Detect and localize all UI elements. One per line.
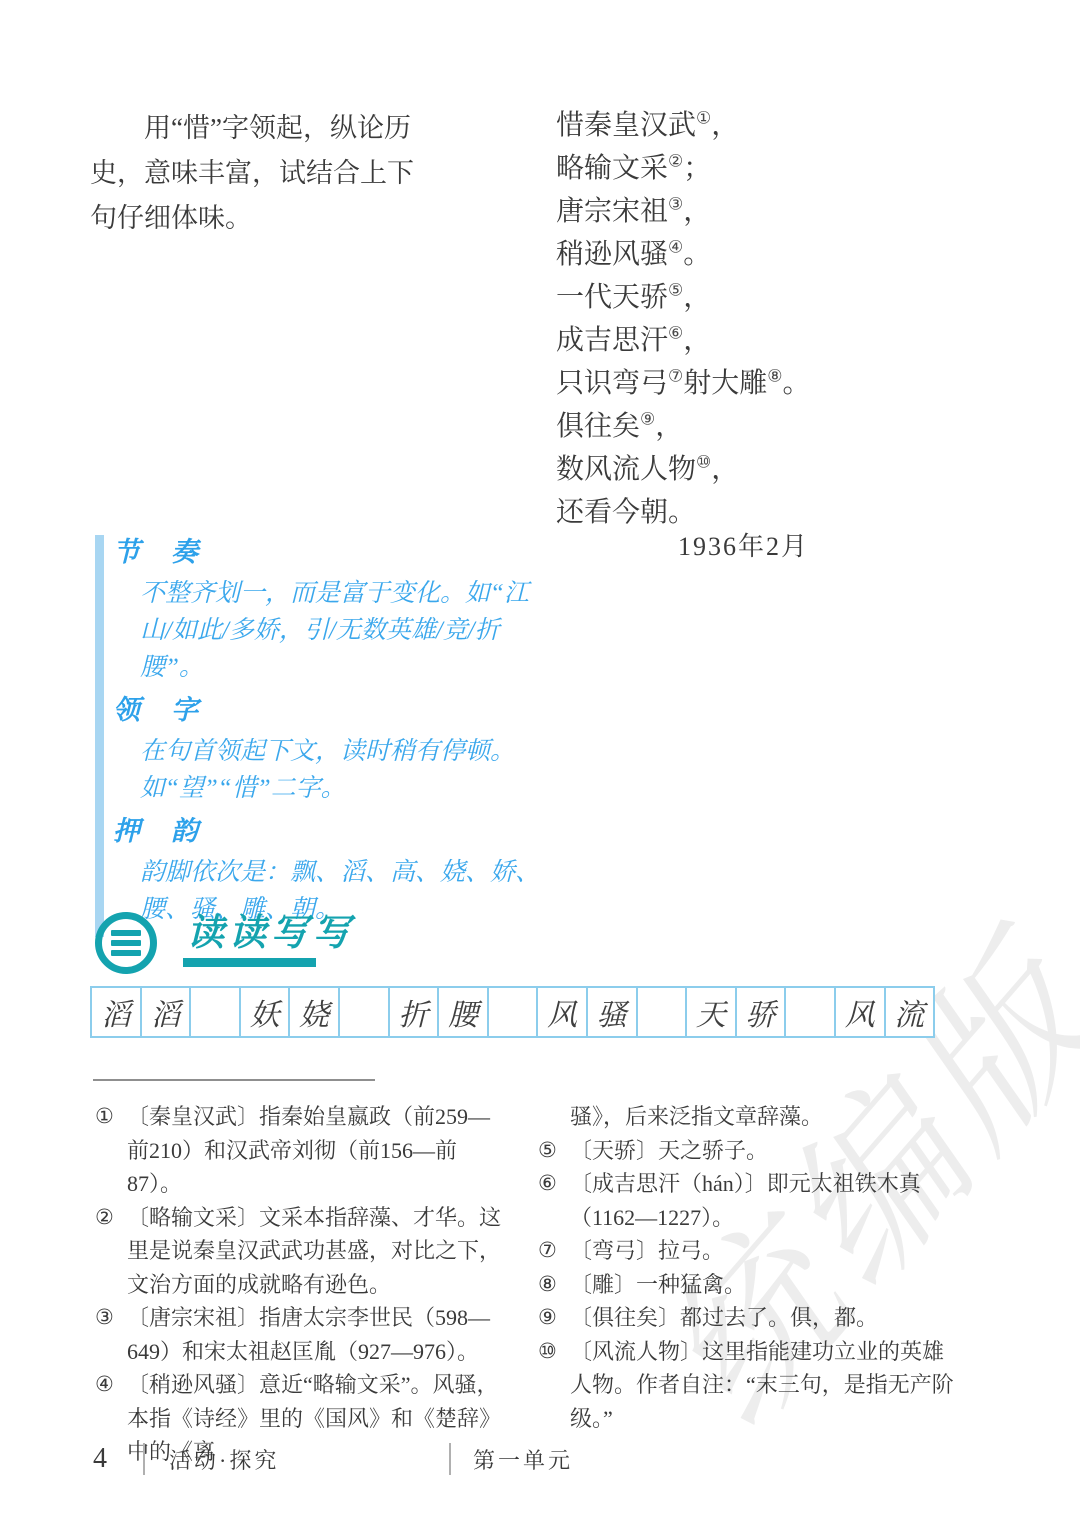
grid-cell: 腰 xyxy=(439,988,489,1036)
poem-text: ， xyxy=(655,411,683,442)
character-writing-grid: 滔 滔 妖 娆 折 腰 风 骚 天 骄 风 流 xyxy=(90,986,935,1038)
note-section-leading-char: 领 字 在句首领起下文，读时稍有停顿。如“望”“惜”二字。 xyxy=(113,695,540,807)
footnote-text: 〔雕〕一种猛禽。 xyxy=(570,1272,746,1297)
footnote: ⑦〔弯弓〕拉弓。 xyxy=(538,1234,956,1268)
poem-text: 。 xyxy=(783,368,811,399)
footnote-ref: ④ xyxy=(668,238,683,258)
read-write-section-header: 读读写写 xyxy=(95,912,355,974)
footnote-number: ⑧ xyxy=(538,1268,557,1302)
note-section-rhythm: 节 奏 不整齐划一，而是富于变化。如“江山/如此/多娇，引/无数英雄/竞/折腰”… xyxy=(113,537,540,686)
poem-text: ， xyxy=(683,325,711,356)
footnote-ref: ⑦ xyxy=(668,367,683,387)
footnote: ⑤〔天骄〕天之骄子。 xyxy=(538,1134,956,1168)
grid-cell xyxy=(340,988,390,1036)
poem-text: ； xyxy=(683,153,711,184)
footer-unit-label: 第一单元 xyxy=(473,1444,573,1475)
grid-cell: 天 xyxy=(687,988,737,1036)
margin-note: 用“惜”字领起，纵论历史，意味丰富，试结合上下句仔细体味。 xyxy=(90,106,420,241)
footnote-number: ③ xyxy=(95,1301,114,1335)
grid-cell: 滔 xyxy=(92,988,142,1036)
note-section-body: 在句首领起下文，读时稍有停顿。如“望”“惜”二字。 xyxy=(140,733,540,807)
footnote-ref: ⑨ xyxy=(640,410,655,430)
poem-line: 略输文采②； xyxy=(556,147,811,190)
poem-text: ， xyxy=(711,110,739,141)
poem-text: 数风流人物 xyxy=(556,454,696,485)
footnote: ②〔略输文采〕文采本指辞藻、才华。这里是说秦皇汉武武功甚盛，对比之下，文治方面的… xyxy=(95,1201,503,1302)
footnote-text: 〔弯弓〕拉弓。 xyxy=(570,1238,724,1263)
footnote-ref: ① xyxy=(696,109,711,129)
page-number: 4 xyxy=(93,1443,143,1475)
footnote-ref: ⑩ xyxy=(696,453,711,473)
footnote-text: 〔唐宗宋祖〕指唐太宗李世民（598—649）和宋太祖赵匡胤（927—976）。 xyxy=(127,1305,490,1364)
footnote-text: 〔天骄〕天之骄子。 xyxy=(570,1138,768,1163)
footer-divider xyxy=(449,1443,451,1475)
poem-text: 。 xyxy=(683,239,711,270)
poem-line: 只识弯弓⑦射大雕⑧。 xyxy=(556,362,811,405)
poem-text: 稍逊风骚 xyxy=(556,239,668,270)
poem-line: 俱往矣⑨， xyxy=(556,405,811,448)
textbook-page: 统编版 用“惜”字领起，纵论历史，意味丰富，试结合上下句仔细体味。 惜秦皇汉武①… xyxy=(0,0,1080,1526)
note-section-body: 不整齐划一，而是富于变化。如“江山/如此/多娇，引/无数英雄/竞/折腰”。 xyxy=(140,575,540,686)
list-lines-icon xyxy=(95,912,157,974)
poem-text: 只识弯弓 xyxy=(556,368,668,399)
footnote: ⑨〔俱往矣〕都过去了。俱，都。 xyxy=(538,1301,956,1335)
icon-bar xyxy=(111,940,141,946)
poem-text: 一代天骄 xyxy=(556,282,668,313)
grid-cell: 流 xyxy=(886,988,934,1036)
footnote-text: 骚》，后来泛指文章辞藻。 xyxy=(570,1104,823,1129)
poem-text: ， xyxy=(683,196,711,227)
footnote-text: 〔风流人物〕这里指能建功立业的英雄人物。作者自注：“末三句，是指无产阶级。” xyxy=(570,1339,954,1431)
poem-text: ， xyxy=(683,282,711,313)
footnote-text: 〔略输文采〕文采本指辞藻、才华。这里是说秦皇汉武武功甚盛，对比之下，文治方面的成… xyxy=(127,1205,501,1297)
footnote-number: ① xyxy=(95,1100,114,1134)
poem-text: ， xyxy=(711,454,739,485)
poem-line: 成吉思汗⑥， xyxy=(556,319,811,362)
footnote: ③〔唐宗宋祖〕指唐太宗李世民（598—649）和宋太祖赵匡胤（927—976）。 xyxy=(95,1301,503,1368)
footnote-ref: ⑤ xyxy=(668,281,683,301)
footnote-ref: ⑧ xyxy=(767,367,782,387)
footnote-number: ⑩ xyxy=(538,1335,557,1369)
poem-text: 俱往矣 xyxy=(556,411,640,442)
poem-line: 稍逊风骚④。 xyxy=(556,233,811,276)
poem-line: 惜秦皇汉武①， xyxy=(556,104,811,147)
footnote-number: ⑤ xyxy=(538,1134,557,1168)
poem-line: 唐宗宋祖③， xyxy=(556,190,811,233)
poem-text: 唐宗宋祖 xyxy=(556,196,668,227)
grid-cell xyxy=(638,988,688,1036)
footnote: ⑩〔风流人物〕这里指能建功立业的英雄人物。作者自注：“末三句，是指无产阶级。” xyxy=(538,1335,956,1436)
grid-cell: 滔 xyxy=(142,988,192,1036)
icon-bar xyxy=(111,950,141,956)
note-section-title: 领 字 xyxy=(113,695,540,726)
page-footer: 4 活动·探究 第一单元 xyxy=(93,1443,573,1475)
footnote-divider xyxy=(93,1079,375,1081)
poem-text: 成吉思汗 xyxy=(556,325,668,356)
note-content: 节 奏 不整齐划一，而是富于变化。如“江山/如此/多娇，引/无数英雄/竞/折腰”… xyxy=(104,535,540,937)
grid-cell: 妖 xyxy=(241,988,291,1036)
grid-cell xyxy=(191,988,241,1036)
footer-book-label: 活动·探究 xyxy=(169,1444,374,1475)
footnote: ⑥〔成吉思汗（hán）〕即元太祖铁木真（1162—1227）。 xyxy=(538,1167,956,1234)
grid-cell: 风 xyxy=(538,988,588,1036)
footnote-text: 〔秦皇汉武〕指秦始皇嬴政（前259—前210）和汉武帝刘彻（前156—前87）。 xyxy=(127,1104,490,1196)
footnote-text: 〔俱往矣〕都过去了。俱，都。 xyxy=(570,1305,878,1330)
grid-cell: 骚 xyxy=(588,988,638,1036)
footnote-continuation: 骚》，后来泛指文章辞藻。 xyxy=(538,1100,956,1134)
poem-line: 一代天骄⑤， xyxy=(556,276,811,319)
read-write-title-wrap: 读读写写 xyxy=(187,912,355,956)
footnote-number: ④ xyxy=(95,1368,114,1402)
footnote: ⑧〔雕〕一种猛禽。 xyxy=(538,1268,956,1302)
poem: 惜秦皇汉武①， 略输文采②； 唐宗宋祖③， 稍逊风骚④。 一代天骄⑤， 成吉思汗… xyxy=(556,104,811,534)
poem-line: 数风流人物⑩， xyxy=(556,448,811,491)
note-section-title: 节 奏 xyxy=(113,537,540,568)
footer-divider xyxy=(143,1443,145,1475)
footnote: ①〔秦皇汉武〕指秦始皇嬴政（前259—前210）和汉武帝刘彻（前156—前87）… xyxy=(95,1100,503,1201)
footnote-number: ② xyxy=(95,1201,114,1235)
footnote-text: 〔成吉思汗（hán）〕即元太祖铁木真（1162—1227）。 xyxy=(570,1171,921,1230)
grid-cell: 娆 xyxy=(290,988,340,1036)
footnote-ref: ② xyxy=(668,152,683,172)
footnote-ref: ⑥ xyxy=(668,324,683,344)
poem-text: 略输文采 xyxy=(556,153,668,184)
icon-bar xyxy=(111,930,141,936)
read-write-title: 读读写写 xyxy=(187,912,355,956)
note-accent-bar xyxy=(95,535,104,937)
poem-text: 射大雕 xyxy=(683,368,767,399)
grid-cell: 折 xyxy=(390,988,440,1036)
footnote-column-left: ①〔秦皇汉武〕指秦始皇嬴政（前259—前210）和汉武帝刘彻（前156—前87）… xyxy=(95,1100,503,1469)
grid-cell: 风 xyxy=(836,988,886,1036)
footnote-number: ⑨ xyxy=(538,1301,557,1335)
grid-cell: 骄 xyxy=(737,988,787,1036)
poem-date: 1936年2月 xyxy=(678,526,809,563)
grid-cell xyxy=(489,988,539,1036)
poem-text: 还看今朝。 xyxy=(556,497,696,528)
footnote-column-right: 骚》，后来泛指文章辞藻。 ⑤〔天骄〕天之骄子。 ⑥〔成吉思汗（hán）〕即元太祖… xyxy=(538,1100,956,1435)
title-underline xyxy=(183,958,316,967)
grid-cell xyxy=(786,988,836,1036)
note-section-title: 押 韵 xyxy=(113,816,540,847)
study-notes-panel: 节 奏 不整齐划一，而是富于变化。如“江山/如此/多娇，引/无数英雄/竞/折腰”… xyxy=(95,535,535,937)
footnote-number: ⑥ xyxy=(538,1167,557,1201)
footnote-number: ⑦ xyxy=(538,1234,557,1268)
poem-text: 惜秦皇汉武 xyxy=(556,110,696,141)
footnote-ref: ③ xyxy=(668,195,683,215)
